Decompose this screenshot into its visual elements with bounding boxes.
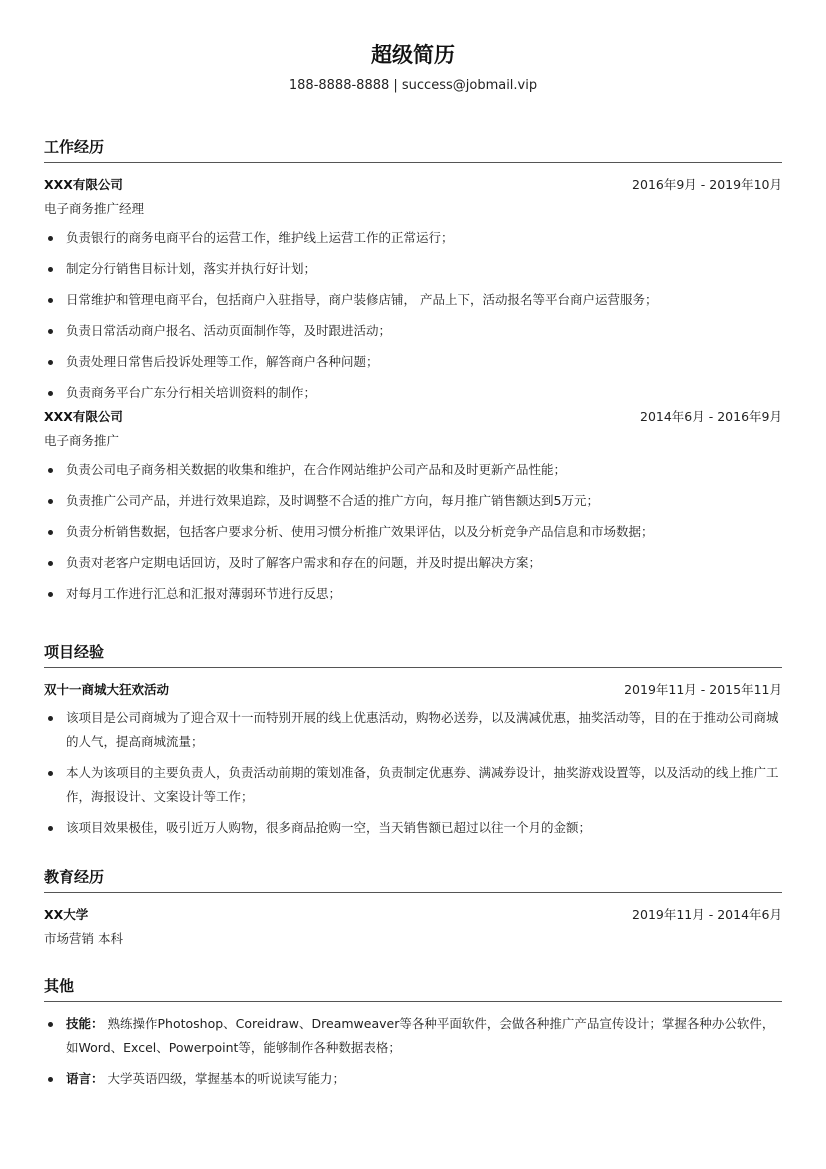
skills-text: 熟练操作Photoshop、Coreidraw、Dreamweaver等各种平面…	[66, 1016, 774, 1055]
section-project-experience: 项目经验 双十一商城大狂欢活动 2019年11月 - 2015年11月 该项目是…	[44, 642, 782, 847]
list-item: 负责推广公司产品，并进行效果追踪，及时调整不合适的推广方向，每月推广销售额达到5…	[44, 489, 782, 513]
list-item: 负责银行的商务电商平台的运营工作，维护线上运营工作的正常运行；	[44, 226, 782, 250]
list-item: 本人为该项目的主要负责人，负责活动前期的策划准备，负责制定优惠券、满减券设计，抽…	[44, 761, 782, 809]
section-other: 其他 技能： 熟练操作Photoshop、Coreidraw、Dreamweav…	[44, 976, 782, 1098]
language-label: 语言：	[66, 1071, 104, 1086]
work-entry: XXX有限公司 2014年6月 - 2016年9月 电子商务推广 负责公司电子商…	[44, 405, 782, 606]
list-item: 对每月工作进行汇总和汇报对薄弱环节进行反思；	[44, 582, 782, 606]
entry-header: XXX有限公司 2014年6月 - 2016年9月	[44, 405, 782, 427]
section-title: 教育经历	[44, 867, 782, 893]
list-item: 负责日常活动商户报名、活动页面制作等，及时跟进活动；	[44, 319, 782, 343]
project-name: 双十一商城大狂欢活动	[44, 680, 169, 698]
list-item-skills: 技能： 熟练操作Photoshop、Coreidraw、Dreamweaver等…	[44, 1012, 782, 1060]
section-title: 工作经历	[44, 137, 782, 163]
candidate-name: 超级简历	[44, 40, 782, 70]
major-degree: 市场营销 本科	[44, 928, 782, 950]
entry-date: 2019年11月 - 2015年11月	[624, 680, 782, 698]
resume-header: 超级简历 188-8888-8888 | success@jobmail.vip	[44, 0, 782, 94]
list-item: 负责处理日常售后投诉处理等工作，解答商户各种问题；	[44, 350, 782, 374]
entry-date: 2016年9月 - 2019年10月	[632, 175, 782, 193]
list-item: 该项目效果极佳，吸引近万人购物，很多商品抢购一空，当天销售额已超过以往一个月的金…	[44, 816, 782, 840]
entry-date: 2014年6月 - 2016年9月	[640, 407, 782, 425]
bullet-list: 负责公司电子商务相关数据的收集和维护，在合作网站维护公司产品和及时更新产品性能；…	[44, 458, 782, 606]
project-entry: 双十一商城大狂欢活动 2019年11月 - 2015年11月 该项目是公司商城为…	[44, 678, 782, 840]
bullet-list: 技能： 熟练操作Photoshop、Coreidraw、Dreamweaver等…	[44, 1012, 782, 1091]
work-entry: XXX有限公司 2016年9月 - 2019年10月 电子商务推广经理 负责银行…	[44, 173, 782, 405]
education-entry: XX大学 2019年11月 - 2014年6月 市场营销 本科	[44, 903, 782, 950]
section-title: 其他	[44, 976, 782, 1002]
company-name: XXX有限公司	[44, 407, 123, 425]
company-name: XXX有限公司	[44, 175, 123, 193]
job-position: 电子商务推广经理	[44, 198, 782, 220]
job-position: 电子商务推广	[44, 430, 782, 452]
list-item: 负责对老客户定期电话回访，及时了解客户需求和存在的问题，并及时提出解决方案；	[44, 551, 782, 575]
list-item: 制定分行销售目标计划，落实并执行好计划；	[44, 257, 782, 281]
section-education: 教育经历 XX大学 2019年11月 - 2014年6月 市场营销 本科	[44, 867, 782, 950]
bullet-list: 负责银行的商务电商平台的运营工作，维护线上运营工作的正常运行； 制定分行销售目标…	[44, 226, 782, 405]
resume-page: 超级简历 188-8888-8888 | success@jobmail.vip…	[0, 0, 826, 1169]
entry-date: 2019年11月 - 2014年6月	[632, 905, 782, 923]
skills-label: 技能：	[66, 1016, 104, 1031]
entry-header: 双十一商城大狂欢活动 2019年11月 - 2015年11月	[44, 678, 782, 700]
section-work-experience: 工作经历 XXX有限公司 2016年9月 - 2019年10月 电子商务推广经理…	[44, 137, 782, 613]
list-item: 负责商务平台广东分行相关培训资料的制作；	[44, 381, 782, 405]
contact-info: 188-8888-8888 | success@jobmail.vip	[44, 78, 782, 94]
list-item: 负责分析销售数据，包括客户要求分析、使用习惯分析推广效果评估，以及分析竞争产品信…	[44, 520, 782, 544]
entry-header: XX大学 2019年11月 - 2014年6月	[44, 903, 782, 925]
list-item-language: 语言： 大学英语四级，掌握基本的听说读写能力；	[44, 1067, 782, 1091]
bullet-list: 该项目是公司商城为了迎合双十一而特别开展的线上优惠活动，购物必送券，以及满减优惠…	[44, 706, 782, 840]
list-item: 该项目是公司商城为了迎合双十一而特别开展的线上优惠活动，购物必送券，以及满减优惠…	[44, 706, 782, 754]
language-text: 大学英语四级，掌握基本的听说读写能力；	[104, 1071, 345, 1086]
list-item: 日常维护和管理电商平台，包括商户入驻指导，商户装修店铺， 产品上下，活动报名等平…	[44, 288, 782, 312]
section-title: 项目经验	[44, 642, 782, 668]
list-item: 负责公司电子商务相关数据的收集和维护，在合作网站维护公司产品和及时更新产品性能；	[44, 458, 782, 482]
entry-header: XXX有限公司 2016年9月 - 2019年10月	[44, 173, 782, 195]
school-name: XX大学	[44, 905, 88, 923]
